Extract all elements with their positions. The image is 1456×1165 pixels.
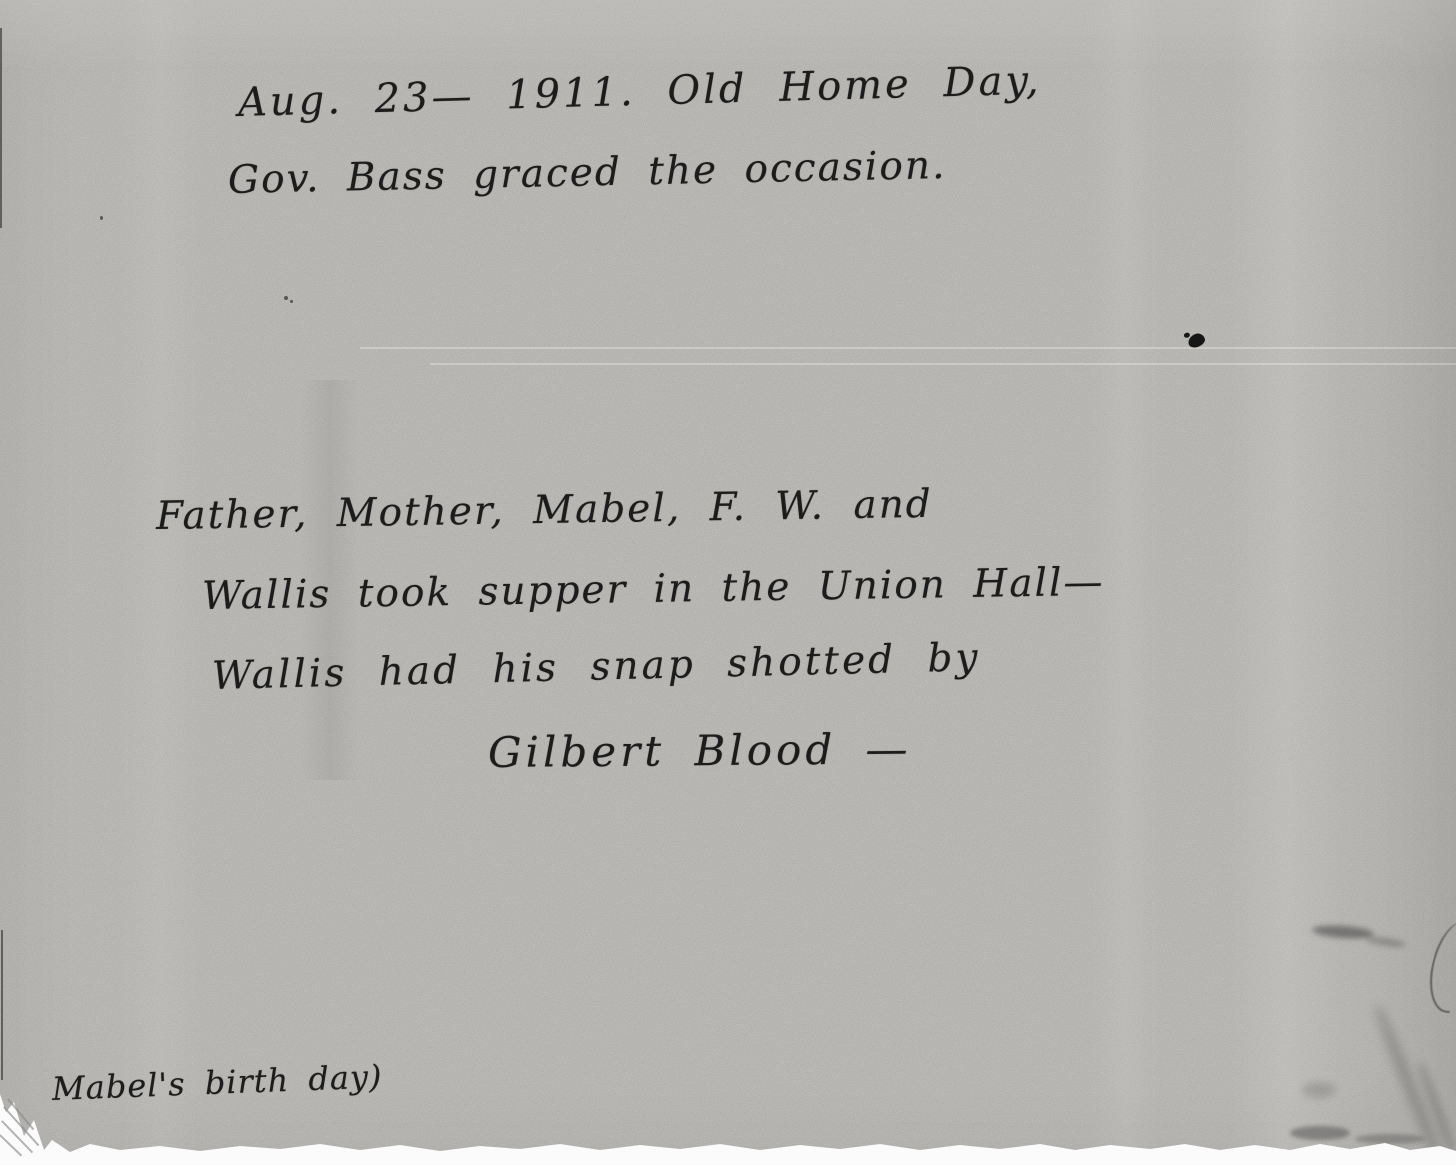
paper-speck <box>284 296 288 300</box>
handwriting-line-photographer: Gilbert Blood — <box>488 724 912 777</box>
left-edge-dark-sliver <box>1 930 3 1080</box>
paper-speck <box>290 300 293 303</box>
smudge-mark <box>1290 1126 1350 1140</box>
smudge-mark <box>1302 1082 1336 1098</box>
scanned-photo-verso: Aug. 23— 1911. Old Home Day, Gov. Bass g… <box>0 0 1456 1165</box>
left-edge-dark-sliver <box>0 28 2 228</box>
paper-speck <box>100 216 103 220</box>
smudge-mark <box>1355 1134 1425 1144</box>
photo-card-back: Aug. 23— 1911. Old Home Day, Gov. Bass g… <box>0 0 1456 1165</box>
